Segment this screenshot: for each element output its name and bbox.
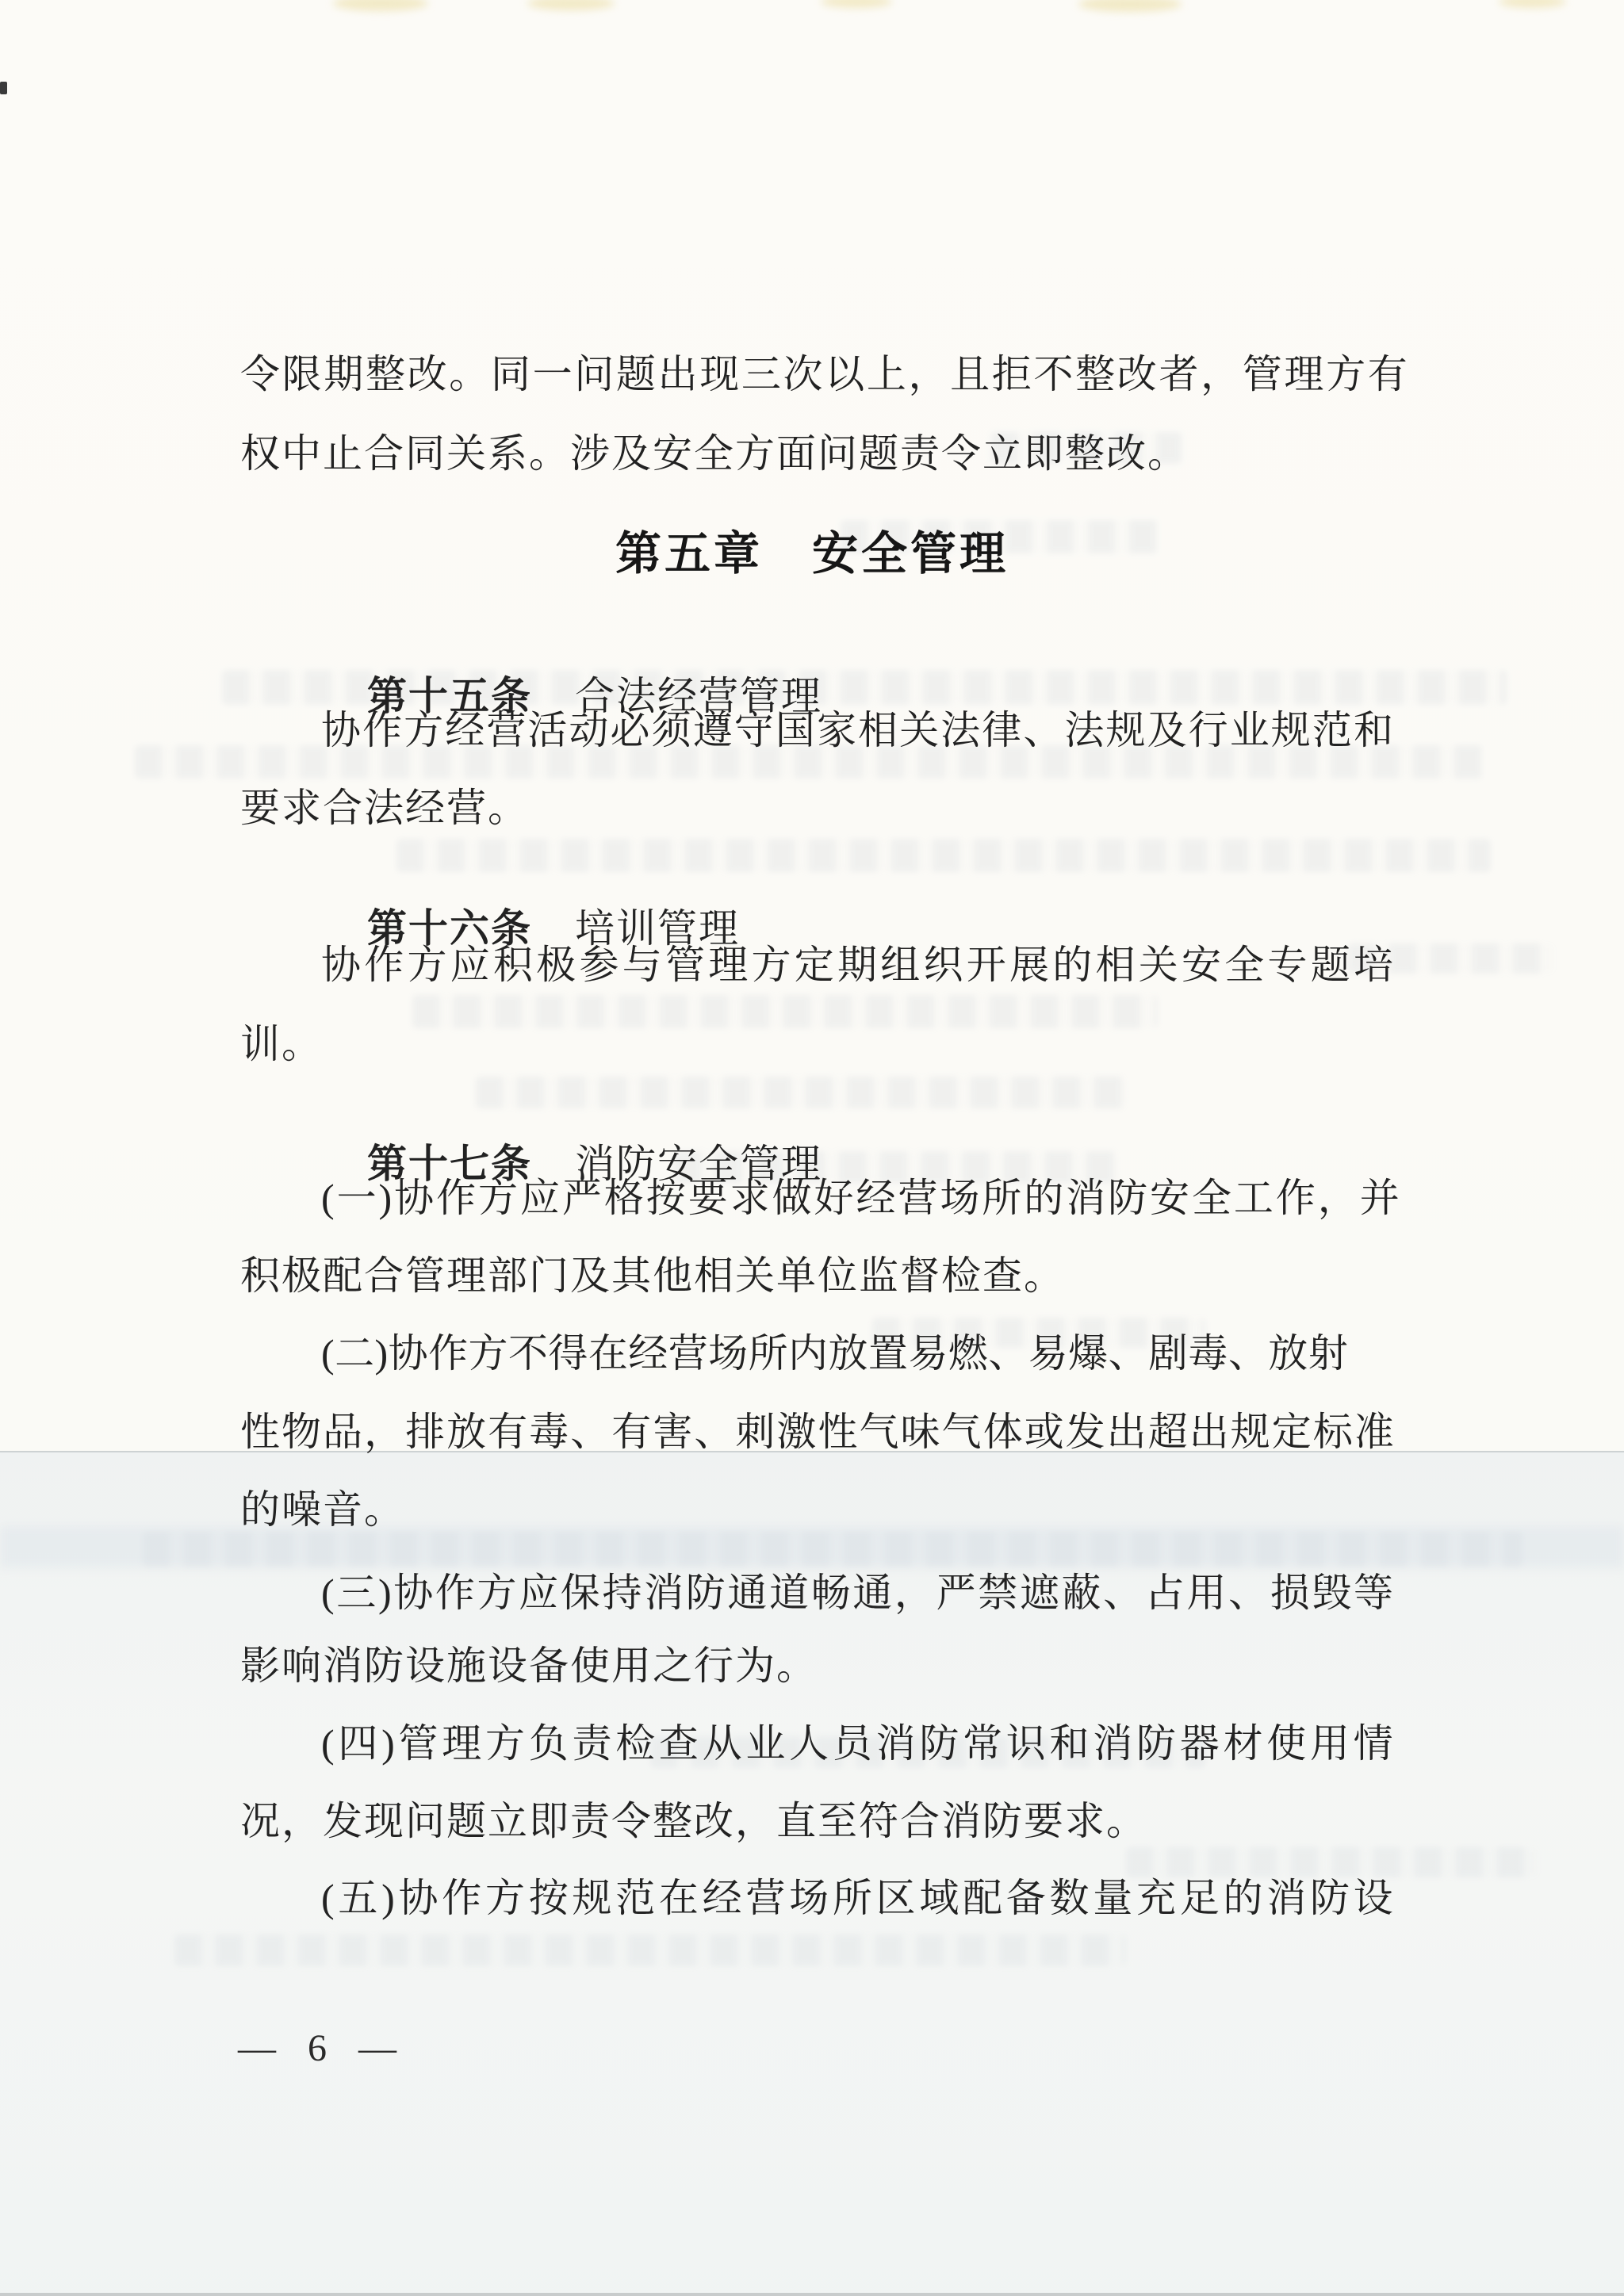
scan-smudge (1499, 0, 1566, 8)
body-line: 影响消防设施设备使用之行为。 (240, 1644, 818, 1687)
body-line: (一)协作方应严格按要求做好经营场所的消防安全工作，并 (321, 1177, 1400, 1219)
scan-speck (0, 82, 7, 94)
scanned-document-page: 令限期整改。同一问题出现三次以上，且拒不整改者，管理方有 权中止合同关系。涉及安… (0, 0, 1624, 2296)
bleedthrough-artifact (1126, 1847, 1538, 1877)
body-line: 性物品，排放有毒、有害、刺激性气味气体或发出超出规定标准 (240, 1410, 1394, 1453)
page-number: — 6 — (238, 2026, 408, 2070)
body-line: 况，发现问题立即责令整改，直至符合消防要求。 (240, 1800, 1147, 1843)
body-line: 权中止合同关系。涉及安全方面问题责令立即整改。 (240, 432, 1189, 475)
body-line: 要求合法经营。 (240, 786, 529, 829)
scan-smudge (821, 0, 892, 8)
body-line: 的噪音。 (240, 1488, 405, 1531)
body-line: (五)协作方按规范在经营场所区域配备数量充足的消防设 (321, 1877, 1393, 1919)
bleedthrough-artifact (174, 1934, 1126, 1966)
body-line: 协作方应积极参与管理方定期组织开展的相关安全专题培 (321, 943, 1393, 986)
scan-bottom-edge (0, 2293, 1624, 2296)
body-line: (四)管理方负责检查从业人员消防常识和消防器材使用情 (321, 1722, 1393, 1765)
bleedthrough-artifact (143, 1532, 1522, 1567)
body-line: 训。 (240, 1023, 323, 1066)
scan-smudge (527, 0, 615, 10)
chapter-heading: 第五章 安全管理 (0, 530, 1624, 580)
scan-smudge (1078, 0, 1182, 12)
scan-smudge (333, 0, 428, 11)
body-line: 令限期整改。同一问题出现三次以上，且拒不整改者，管理方有 (240, 353, 1408, 396)
body-line: (二)协作方不得在经营场所内放置易燃、易爆、剧毒、放射 (321, 1332, 1348, 1375)
bleedthrough-artifact (412, 995, 1158, 1028)
body-line: (三)协作方应保持消防通道畅通，严禁遮蔽、占用、损毁等 (321, 1571, 1393, 1614)
body-line: 积极配合管理部门及其他相关单位监督检查。 (240, 1254, 1065, 1297)
body-line: 协作方经营活动必须遵守国家相关法律、法规及行业规范和 (321, 709, 1393, 752)
